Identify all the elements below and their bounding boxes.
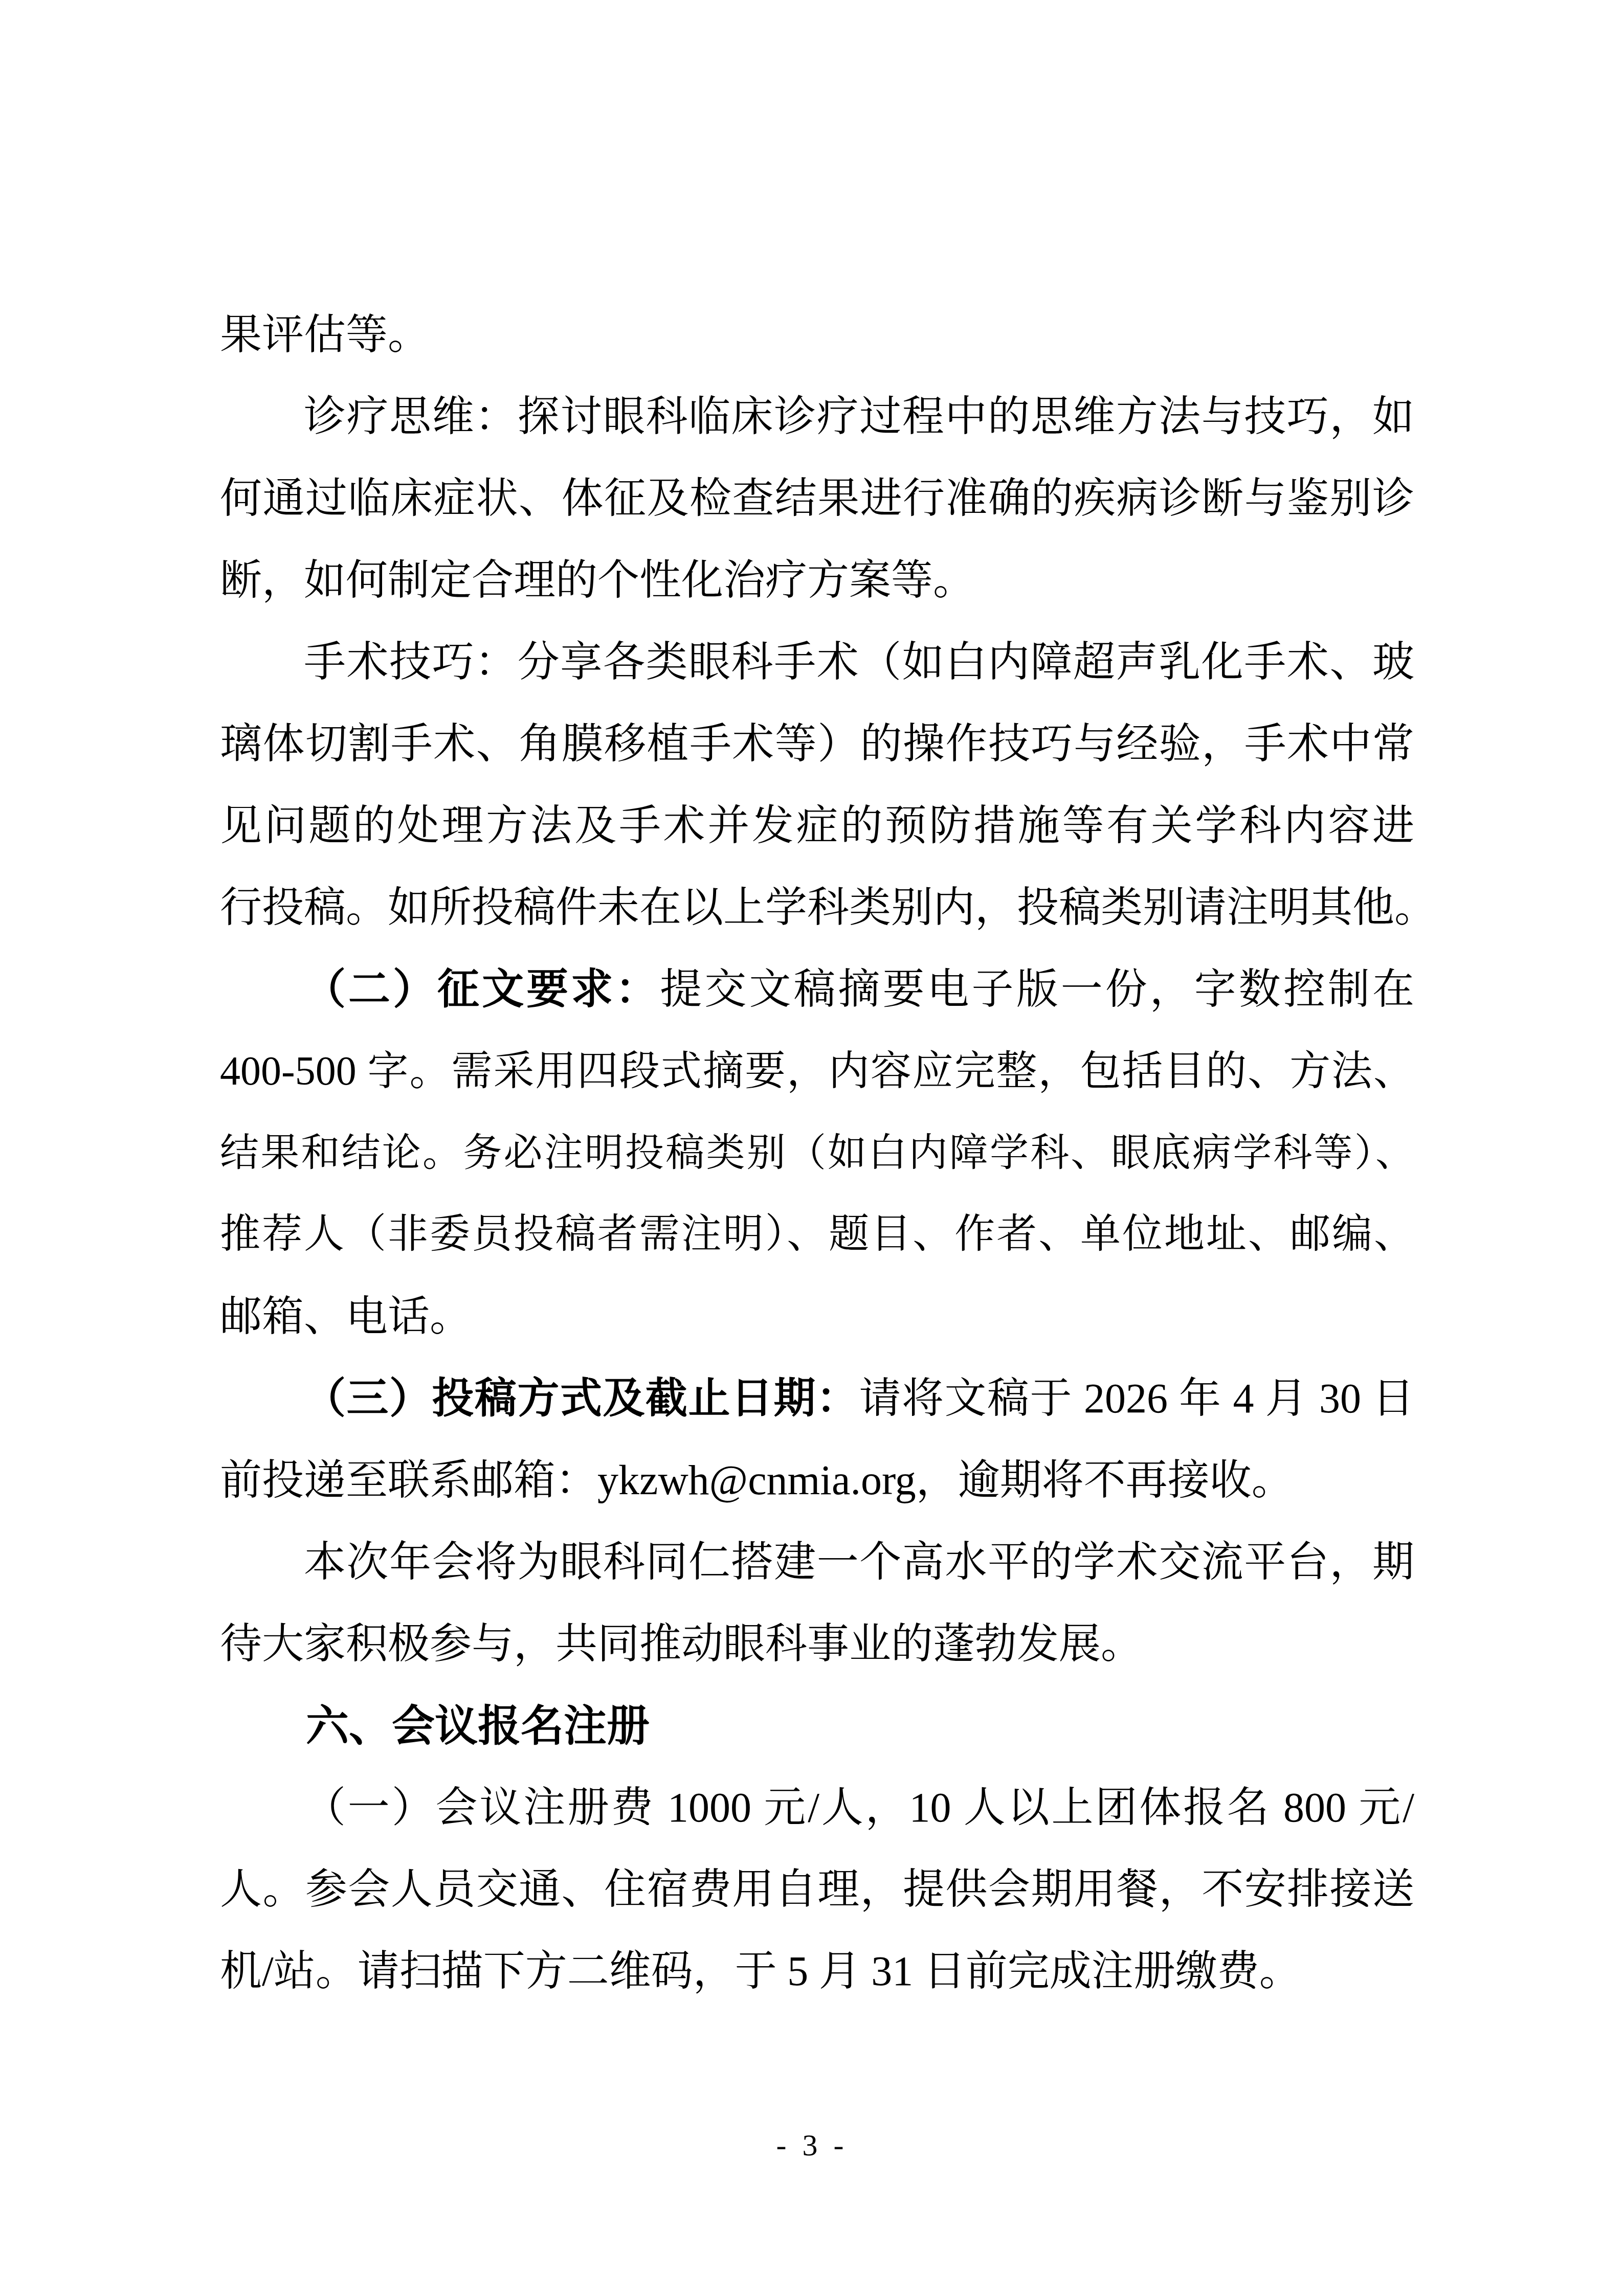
- text-line: 见问题的处理方法及手术并发症的预防措施等有关学科内容进: [220, 785, 1414, 867]
- text-line: 待大家积极参与，共同推动眼科事业的蓬勃发展。: [220, 1603, 1414, 1685]
- text-line: 邮箱、电话。: [220, 1276, 1414, 1358]
- text-line: （一）会议注册费 1000 元/人，10 人以上团体报名 800 元/: [220, 1767, 1414, 1849]
- text-line: 璃体切割手术、角膜移植手术等）的操作技巧与经验，手术中常: [220, 703, 1414, 785]
- text-line: 果评估等。: [220, 294, 1414, 376]
- text-line: 何通过临床症状、体征及检查结果进行准确的疾病诊断与鉴别诊: [220, 458, 1414, 539]
- text-line: 本次年会将为眼科同仁搭建一个高水平的学术交流平台，期: [220, 1521, 1414, 1603]
- text-line: （三）投稿方式及截止日期：请将文稿于 2026 年 4 月 30 日: [220, 1358, 1414, 1439]
- text-line: 诊疗思维：探讨眼科临床诊疗过程中的思维方法与技巧，如: [220, 376, 1414, 458]
- document-body: 果评估等。 诊疗思维：探讨眼科临床诊疗过程中的思维方法与技巧，如 何通过临床症状…: [220, 294, 1414, 2012]
- subsection-label: （三）投稿方式及截止日期：: [304, 1375, 859, 1422]
- text-line: 手术技巧：分享各类眼科手术（如白内障超声乳化手术、玻: [220, 621, 1414, 703]
- text-line: 400-500 字。需采用四段式摘要，内容应完整，包括目的、方法、: [220, 1030, 1414, 1112]
- page-number: - 3 -: [0, 2122, 1624, 2168]
- subsection-label: （二）征文要求：: [304, 966, 660, 1012]
- text-line: 断，如何制定合理的个性化治疗方案等。: [220, 539, 1414, 621]
- text-line: 推荐人（非委员投稿者需注明）、题目、作者、单位地址、邮编、: [220, 1194, 1414, 1276]
- text-line: 结果和结论。务必注明投稿类别（如白内障学科、眼底病学科等）、: [220, 1112, 1414, 1194]
- text-line: 前投递至联系邮箱：ykzwh@cnmia.org，逾期将不再接收。: [220, 1439, 1414, 1521]
- text-line: 行投稿。如所投稿件未在以上学科类别内，投稿类别请注明其他。: [220, 867, 1414, 949]
- text-span: 提交文稿摘要电子版一份，字数控制在: [660, 966, 1414, 1012]
- text-line: 机/站。请扫描下方二维码，于 5 月 31 日前完成注册缴费。: [220, 1930, 1414, 2012]
- section-heading: 六、会议报名注册: [220, 1685, 1414, 1767]
- text-span: 请将文稿于 2026 年 4 月 30 日: [859, 1375, 1415, 1422]
- text-line: 人。参会人员交通、住宿费用自理，提供会期用餐，不安排接送: [220, 1849, 1414, 1930]
- document-page: 果评估等。 诊疗思维：探讨眼科临床诊疗过程中的思维方法与技巧，如 何通过临床症状…: [0, 0, 1624, 2296]
- text-line: （二）征文要求：提交文稿摘要电子版一份，字数控制在: [220, 949, 1414, 1030]
